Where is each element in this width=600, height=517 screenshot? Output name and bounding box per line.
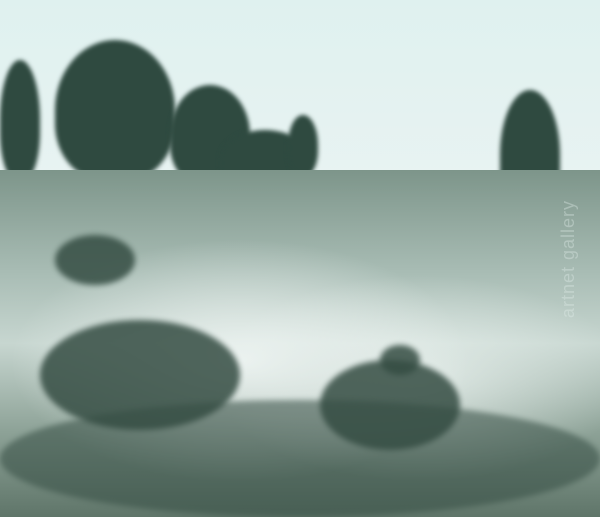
tree-small [288, 115, 318, 175]
bush [380, 345, 420, 375]
watermark: artnet gallery [558, 200, 579, 318]
painting: artnet gallery [0, 0, 600, 517]
tree-left [0, 60, 40, 180]
bush [55, 235, 135, 285]
tree-cluster [55, 40, 175, 180]
bush [0, 400, 600, 517]
